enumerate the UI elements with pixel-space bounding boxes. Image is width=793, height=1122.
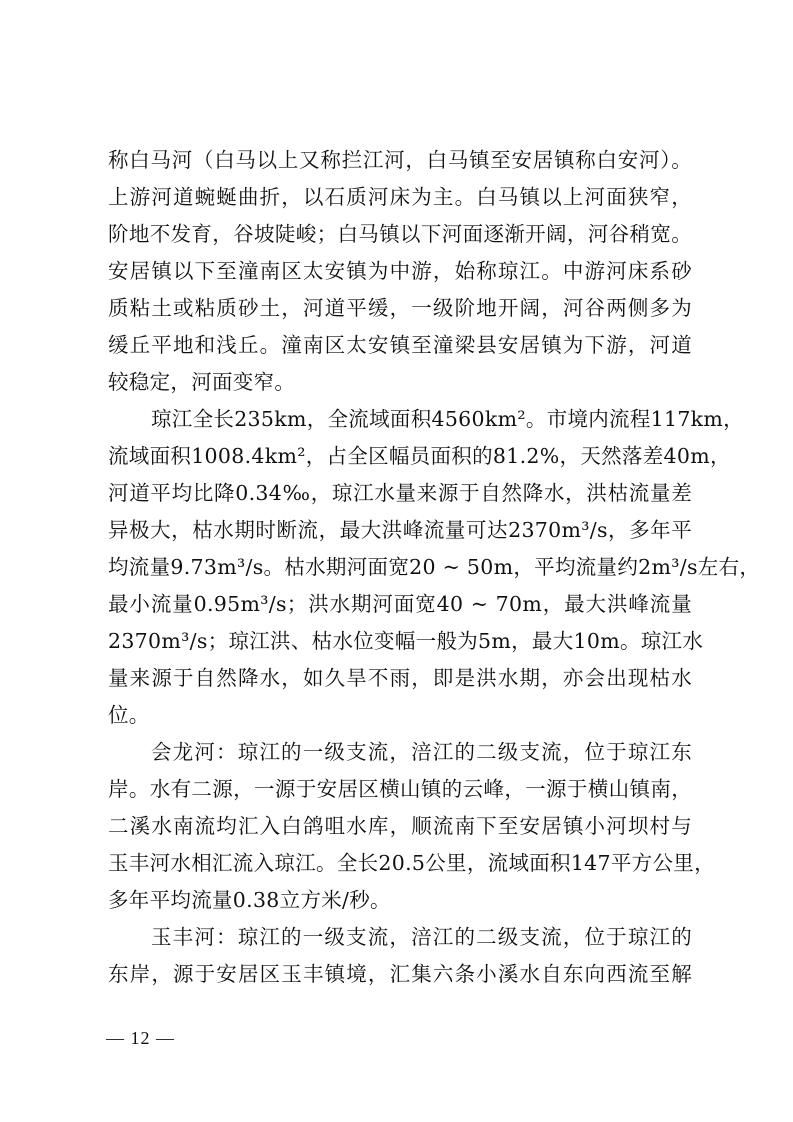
text-line: 玉丰河：琼江的一级支流，涪江的二级支流，位于琼江的: [108, 919, 692, 956]
text-line: 玉丰河水相汇流入琼江。全长20.5公里，流域面积147平方公里，: [108, 845, 692, 882]
paragraph-yufeng-river: 玉丰河：琼江的一级支流，涪江的二级支流，位于琼江的 东岸，源于安居区玉丰镇境，汇…: [108, 919, 692, 993]
body-text: 称白马河（白马以上又称拦江河，白马镇至安居镇称白安河）。 上游河道蜿蜒曲折，以石…: [108, 142, 692, 993]
text-line: 缓丘平地和浅丘。潼南区太安镇至潼梁县安居镇为下游，河道: [108, 327, 692, 364]
text-line: 多年平均流量0.38立方米/秒。: [108, 882, 692, 919]
text-line: 上游河道蜿蜒曲折，以石质河床为主。白马镇以上河面狭窄，: [108, 179, 692, 216]
text-line: 异极大，枯水期时断流，最大洪峰流量可达2370m³/s，多年平: [108, 512, 692, 549]
text-line: 流域面积1008.4km²，占全区幅员面积的81.2%，天然落差40m，: [108, 438, 692, 475]
document-page: 称白马河（白马以上又称拦江河，白马镇至安居镇称白安河）。 上游河道蜿蜒曲折，以石…: [0, 0, 793, 1122]
text-line: 琼江全长235km，全流域面积4560km²。市境内流程117km，: [108, 401, 692, 438]
text-line: 最小流量0.95m³/s；洪水期河面宽40 ~ 70m，最大洪峰流量: [108, 586, 692, 623]
paragraph-upper-river: 称白马河（白马以上又称拦江河，白马镇至安居镇称白安河）。 上游河道蜿蜒曲折，以石…: [108, 142, 692, 401]
text-line: 东岸，源于安居区玉丰镇境，汇集六条小溪水自东向西流至解: [108, 956, 692, 993]
text-line: 称白马河（白马以上又称拦江河，白马镇至安居镇称白安河）。: [108, 142, 692, 179]
text-line: 岸。水有二源，一源于安居区横山镇的云峰，一源于横山镇南，: [108, 771, 692, 808]
text-line: 河道平均比降0.34‰，琼江水量来源于自然降水，洪枯流量差: [108, 475, 692, 512]
text-line: 阶地不发育，谷坡陡峻；白马镇以下河面逐渐开阔，河谷稍宽。: [108, 216, 692, 253]
text-line: 会龙河：琼江的一级支流，涪江的二级支流，位于琼江东: [108, 734, 692, 771]
text-line: 安居镇以下至潼南区太安镇为中游，始称琼江。中游河床系砂: [108, 253, 692, 290]
text-line: 质粘土或粘质砂土，河道平缓，一级阶地开阔，河谷两侧多为: [108, 290, 692, 327]
paragraph-huilong-river: 会龙河：琼江的一级支流，涪江的二级支流，位于琼江东 岸。水有二源，一源于安居区横…: [108, 734, 692, 919]
text-line: 2370m³/s；琼江洪、枯水位变幅一般为5m，最大10m。琼江水: [108, 623, 692, 660]
page-number: — 12 —: [106, 1028, 175, 1049]
text-line: 较稳定，河面变窄。: [108, 364, 692, 401]
text-line: 二溪水南流均汇入白鸽咀水库，顺流南下至安居镇小河坝村与: [108, 808, 692, 845]
text-line: 均流量9.73m³/s。枯水期河面宽20 ~ 50m，平均流量约2m³/s左右，: [108, 549, 692, 586]
paragraph-qiongjiang-stats: 琼江全长235km，全流域面积4560km²。市境内流程117km， 流域面积1…: [108, 401, 692, 734]
text-line: 量来源于自然降水，如久旱不雨，即是洪水期，亦会出现枯水: [108, 660, 692, 697]
text-line: 位。: [108, 697, 692, 734]
